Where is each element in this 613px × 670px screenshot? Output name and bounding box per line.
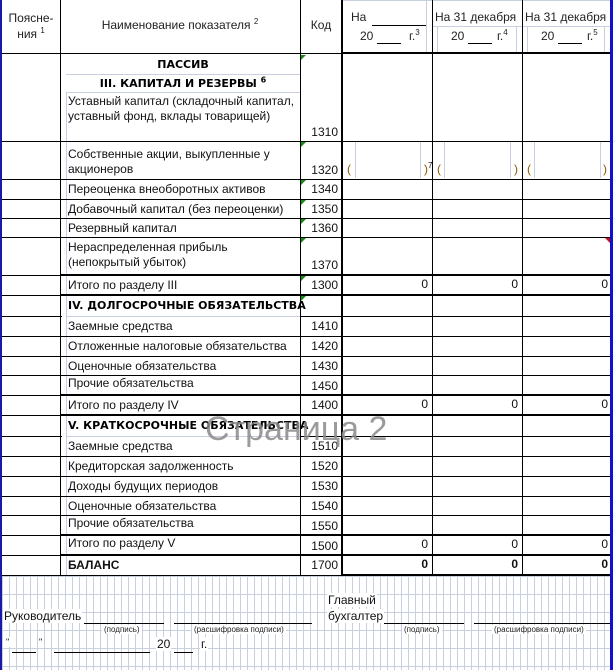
row-code-1320: 1320 [300,163,338,177]
row-name-1430: Оценочные обязательства [68,359,298,374]
row-1320-col2-open-paren: ( [437,162,441,176]
header-period1-line1: На [351,10,366,24]
header-period1-year-blank [377,43,401,44]
header-code: Код [300,18,342,32]
row-code-1410: 1410 [300,319,338,333]
row-1400-value-1: 0 [342,397,428,411]
date-year-line[interactable] [174,652,193,653]
head-signature-line[interactable] [84,623,164,624]
row-1400-value-3: 0 [522,397,608,411]
header-period2-line1: На 31 декабря [435,10,516,24]
page-watermark: Страница 2 [205,410,387,449]
row-name-1300: Итого по разделу III [68,278,298,293]
row-code-1550: 1550 [300,519,338,533]
row-code-1340: 1340 [300,182,338,196]
row-1500-value-3: 0 [522,537,608,551]
row-name-1340: Переоценка внеоборотных активов [68,182,298,197]
row-name-1370: Нераспределенная прибыль (непокрытый убы… [68,240,268,270]
header-name-text: Наименование показателя [102,18,251,32]
row-code-1500: 1500 [300,539,338,553]
row-1320-col2-close-paren: ) [514,162,518,176]
row-1700-value-3: 0 [522,557,608,571]
row-1500-value-2: 0 [432,537,518,551]
row-name-1410: Заемные средства [68,319,298,334]
chief-accountant-signature-line[interactable] [384,623,464,624]
date-quote-open: " [5,637,10,647]
section-passive-title: ПАССИВ [66,58,300,71]
head-decode-hint: (расшифровка подписи) [192,625,286,634]
section-capital-title: III. КАПИТАЛ И РЕЗЕРВЫ 6 [66,77,300,90]
row-1320-col1-open-paren: ( [347,162,351,176]
row-code-1310: 1310 [300,125,338,139]
header-period1-sup: 3 [415,28,419,37]
row-1320-sup: 7 [428,161,432,170]
header-notes: Поясне- ния 1 [2,10,60,42]
row-name-1350: Добавочный капитал (без переоценки) [68,202,298,217]
head-decode-line[interactable] [174,623,310,624]
header-period2-sup: 4 [503,28,507,37]
row-name-1530: Доходы будущих периодов [68,479,298,494]
chief-accountant-signature-hint: (подпись) [402,625,442,634]
row-name-1420: Отложенные налоговые обязательства [68,339,298,354]
row-code-1450: 1450 [300,379,338,393]
date-month-line[interactable] [54,652,150,653]
chief-accountant-label-line2: бухгалтер [327,609,384,623]
header-period2-year-blank [468,43,492,44]
row-code-1420: 1420 [300,339,338,353]
header-period1-year-prefix: 20 [360,29,373,43]
header-period2-year-suffix: г.4 [497,29,508,43]
row-1300-value-3: 0 [522,277,608,291]
row-1320-col3-close-paren: ) [603,162,607,176]
row-code-1520: 1520 [300,459,338,473]
row-1320-col3-open-paren: ( [527,162,531,176]
date-day-line[interactable] [12,652,36,653]
head-signature-hint: (подпись) [102,625,142,634]
chief-accountant-decode-line[interactable] [474,623,610,624]
header-period1-year-suffix: г.3 [409,29,420,43]
signature-block: Главный бухгалтер Руководитель (подпись)… [0,576,613,670]
page-border-left [0,0,2,670]
section-capital-sup: 6 [261,75,267,84]
row-code-1530: 1530 [300,479,338,493]
row-code-1430: 1430 [300,359,338,373]
section-longterm-title: IV. ДОЛГОСРОЧНЫЕ ОБЯЗАТЕЛЬСТВА [68,299,306,312]
date-quote-close: " [38,637,43,647]
header-name-sup: 2 [254,17,258,26]
row-1500-value-1: 0 [342,537,428,551]
row-1700-value-2: 0 [432,557,518,571]
row-name-1520: Кредиторская задолженность [68,459,298,474]
row-1300-value-1: 0 [342,277,428,291]
section-capital-text: III. КАПИТАЛ И РЕЗЕРВЫ [100,77,257,90]
row-name-1550: Прочие обязательства [68,516,298,531]
row-name-1450: Прочие обязательства [68,376,298,391]
header-period3-year-blank [558,43,582,44]
row-code-1350: 1350 [300,202,338,216]
row-code-1370: 1370 [300,258,338,272]
row-code-1700: 1700 [300,558,338,572]
row-name-1360: Резервный капитал [68,221,298,236]
header-period1-date-blank [372,25,427,26]
header-period3-sup: 5 [593,28,597,37]
row-name-1310: Уставный капитал (складочный капитал, ус… [68,94,298,124]
chief-accountant-label-line1: Главный [327,593,377,607]
header-period3-year-suffix: г.5 [587,29,598,43]
row-1400-value-2: 0 [432,397,518,411]
header-name: Наименование показателя 2 [60,18,300,32]
header-notes-line1: Поясне- [2,10,60,26]
header-period3-year-prefix: 20 [541,29,554,43]
date-year-prefix: 20 [156,637,171,651]
header-period3-line1: На 31 декабря [525,10,606,24]
date-year-suffix: г. [200,637,208,651]
header-notes-sup: 1 [40,26,44,35]
row-1320-col1-close-paren: )7 [424,162,432,176]
row-name-1500: Итого по разделу V [68,536,298,551]
row-name-1700: БАЛАНС [68,558,298,573]
row-code-1300: 1300 [300,278,338,292]
header-period2-year-prefix: 20 [451,29,464,43]
chief-accountant-decode-hint: (расшифровка подписи) [492,625,586,634]
row-code-1360: 1360 [300,221,338,235]
row-name-1320: Собственные акции, выкупленные у акционе… [68,147,298,177]
header-notes-line2: ния [17,27,37,41]
row-1700-value-1: 0 [342,557,428,571]
row-name-1540: Оценочные обязательства [68,499,298,514]
row-code-1540: 1540 [300,499,338,513]
head-label: Руководитель [3,609,82,623]
row-1300-value-2: 0 [432,277,518,291]
